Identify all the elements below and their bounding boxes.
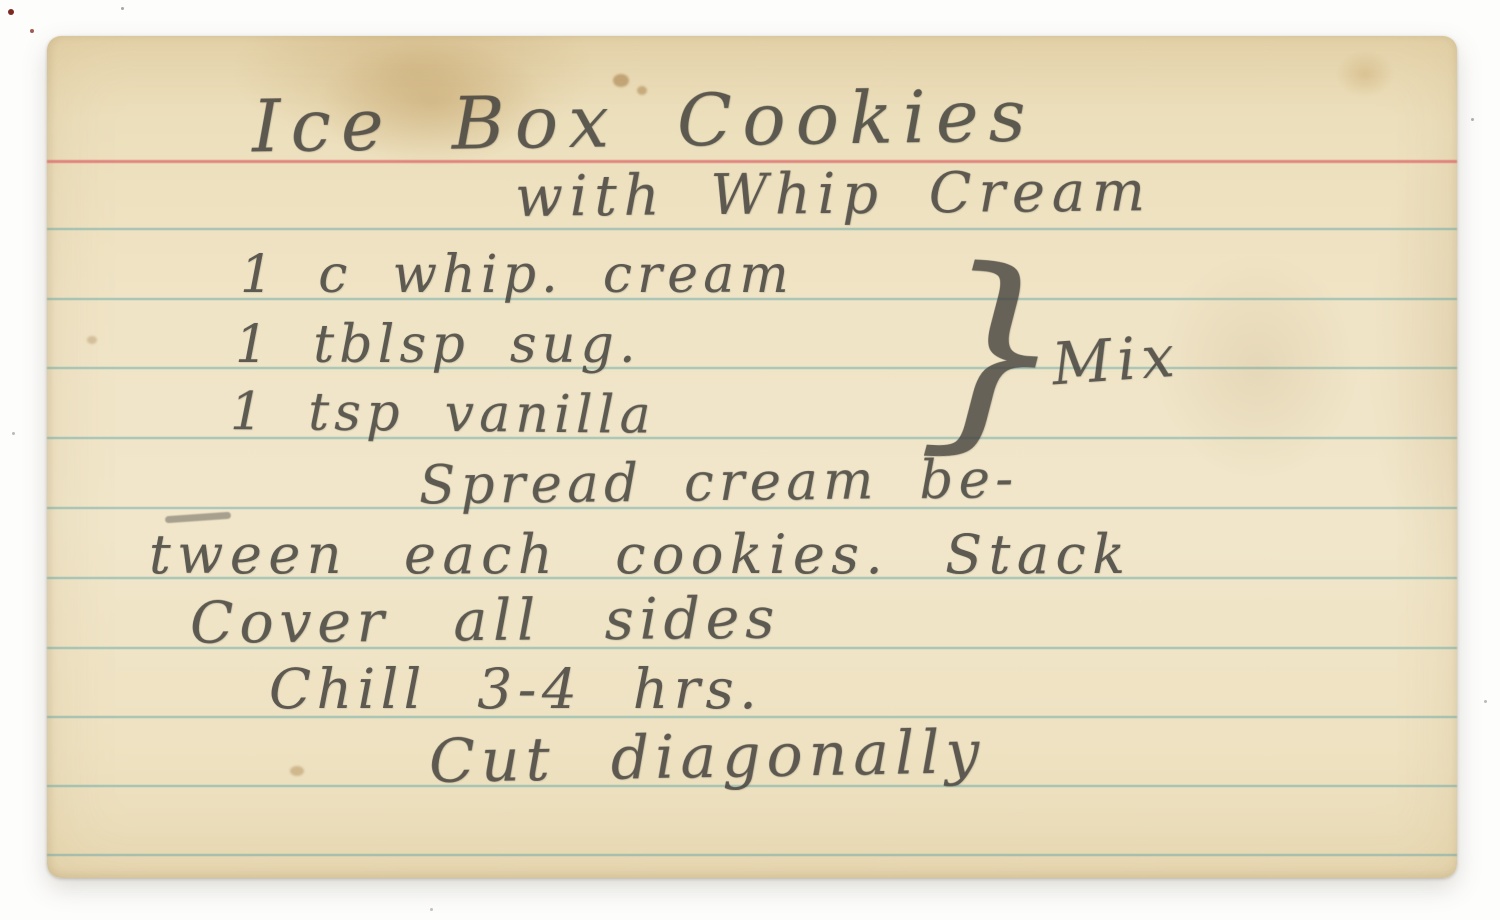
ingredient-line-1: 1 c whip. cream (240, 247, 794, 304)
dust-speck (430, 908, 433, 911)
paper-stain (1335, 50, 1395, 98)
paper-stain (87, 336, 97, 344)
mix-brace: } (916, 244, 1070, 455)
blue-rule-line (47, 228, 1457, 230)
paper-stain (1157, 256, 1357, 476)
mix-label: Mix (1050, 325, 1182, 398)
instruction-line-3: Cover all sides (190, 587, 781, 655)
ingredient-line-2: 1 tblsp sug. (235, 317, 641, 374)
dust-speck (8, 9, 14, 15)
paper-stain (290, 766, 304, 776)
recipe-title: Ice Box Cookies (251, 77, 1036, 167)
instruction-line-4: Chill 3-4 hrs. (269, 659, 762, 720)
scan-surface: { "card": { "title_line1": "Ice Box Cook… (0, 0, 1500, 920)
index-card: Ice Box Cookies with Whip Cream 1 c whip… (47, 36, 1457, 878)
ingredient-line-3: 1 tsp vanilla (230, 384, 656, 445)
blue-rule-line (47, 854, 1457, 856)
instruction-line-5: Cut diagonally (428, 719, 985, 795)
dust-speck (121, 7, 124, 10)
dust-speck (30, 29, 34, 33)
instruction-line-1: Spread cream be- (419, 451, 1019, 516)
stray-pencil-mark (165, 512, 231, 524)
dust-speck (12, 432, 15, 435)
dust-speck (1484, 700, 1487, 703)
recipe-subtitle: with Whip Cream (515, 161, 1152, 228)
instruction-line-2: tween each cookies. Stack (149, 525, 1131, 584)
dust-speck (1471, 118, 1474, 121)
